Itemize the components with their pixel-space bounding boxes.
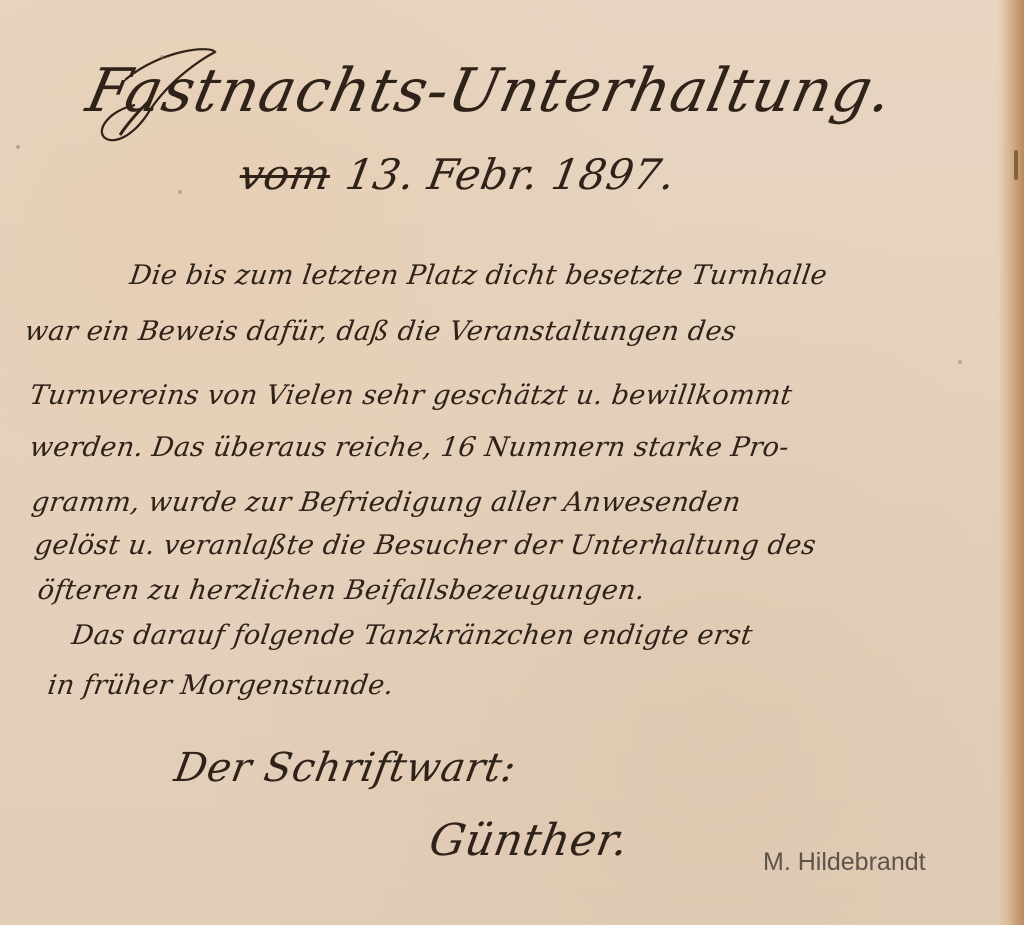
- body-line-7: öfteren zu herzlichen Beifallsbezeugunge…: [36, 575, 647, 606]
- paper-speck: [160, 55, 164, 59]
- body-line-2: war ein Beweis dafür, daß die Veranstalt…: [23, 316, 738, 347]
- body-line-1: Die bis zum letzten Platz dicht besetzte…: [128, 260, 829, 291]
- body-line-8: Das darauf folgende Tanzkränzchen endigt…: [70, 620, 755, 651]
- body-line-9: in früher Morgenstunde.: [46, 670, 396, 701]
- document-date: vom13. Febr. 1897.: [236, 150, 680, 199]
- paper-speck: [178, 190, 182, 194]
- binding-stain: [1014, 150, 1018, 180]
- book-binding-edge: [998, 0, 1024, 925]
- paper-speck: [16, 145, 20, 149]
- photographer-watermark: M. Hildebrandt: [763, 848, 926, 877]
- body-line-5: gramm, wurde zur Befriedigung aller Anwe…: [30, 487, 743, 518]
- paper-speck: [958, 360, 962, 364]
- body-line-6: gelöst u. veranlaßte die Besucher der Un…: [33, 530, 818, 561]
- signature: Günther.: [426, 815, 633, 866]
- scanned-page: Fastnachts-Unterhaltung. vom13. Febr. 18…: [0, 0, 1024, 925]
- body-line-3: Turnvereins von Vielen sehr geschätzt u.…: [28, 380, 794, 411]
- struck-word: vom: [236, 150, 335, 199]
- body-line-4: werden. Das überaus reiche, 16 Nummern s…: [28, 432, 791, 463]
- document-title: Fastnachts-Unterhaltung.: [81, 56, 900, 126]
- closing-line: Der Schriftwart:: [171, 745, 520, 791]
- date-text: 13. Febr. 1897.: [342, 150, 679, 199]
